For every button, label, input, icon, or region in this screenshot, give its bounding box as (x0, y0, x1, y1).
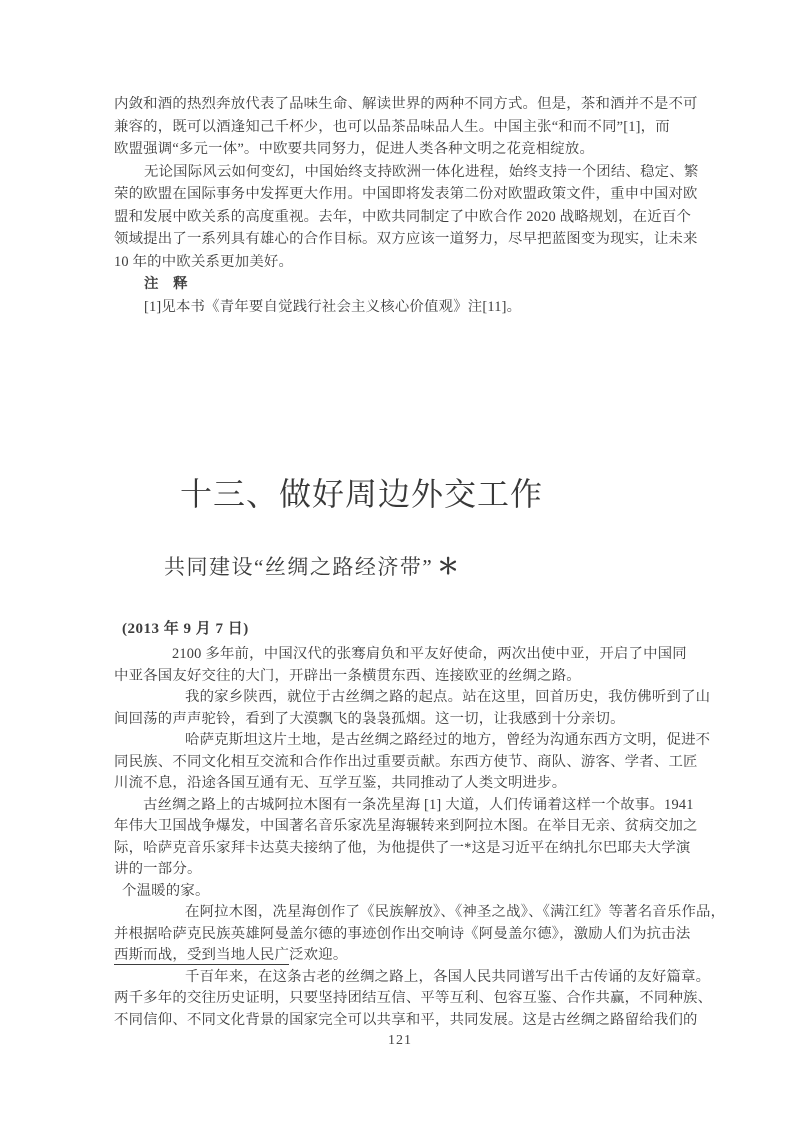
text-line: 欧盟强调“多元一体”。中欧要共同努力，促进人类各种文明之花竞相绽放。 (114, 138, 696, 161)
text-line: 际，哈萨克音乐家拜卡达莫夫接纳了他，为他提供了一*这是习近平在纳扎尔巴耶夫大学演 (114, 838, 696, 860)
text-run: 在阿拉木图，冼星海创作了《民族解放》、《神圣之战》、《满江红》等著名音乐作品， (185, 904, 725, 920)
text-run: 并根据哈萨克民族英雄阿曼盖尔德的事迹创作出交响诗《阿曼盖尔德》，激励人们为抗击法 (114, 926, 690, 942)
section-title: 共同建设“丝绸之路经济带”＊ (164, 551, 459, 583)
text-run: 无论国际风云如何变幻，中国始终支持欧洲一体化进程，始终支持一个团结、稳定、繁 (144, 164, 698, 180)
text-run: 间回荡的声声驼铃，看到了大漠飘飞的袅袅孤烟。这一切，让我感到十分亲切。 (114, 711, 625, 727)
text-run: 注 释 (144, 276, 188, 292)
text-run: 古丝绸之路上的古城阿拉木图有一条冼星海 [1] 大道，人们传诵着这样一个故事。1… (143, 797, 694, 813)
text-line: 川流不息，沿途各国互通有无、互学互鉴，共同推动了人类文明进步。 (114, 773, 696, 795)
text-run: 荣的欧盟在国际事务中发挥更大作用。中国即将发表第二份对欧盟政策文件，重申中国对欧 (114, 186, 698, 202)
text-line: 哈萨克斯坦这片土地，是古丝绸之路经过的地方，曾经为沟通东西方文明，促进不 (114, 730, 696, 752)
footnote-asterisk: ＊ (433, 554, 459, 579)
text-line: 无论国际风云如何变幻，中国始终支持欧洲一体化进程，始终支持一个团结、稳定、繁 (114, 161, 696, 184)
text-line: 讲的一部分。 (114, 859, 696, 881)
text-run: 讲的一部分。 (114, 861, 202, 877)
text-run: 领域提出了一系列具有雄心的合作目标。双方应该一道努力，尽早把蓝图变为现实，让未来 (114, 231, 698, 247)
text-run: 兼容的，既可以酒逢知己千杯少，也可以品茶品味品人生。中国主张“和而不同”[1]，… (114, 119, 670, 135)
speech-date: (2013 年 9 月 7 日) (122, 617, 249, 638)
text-run: 不同信仰、不同文化背景的国家完全可以共享和平，共同发展。这是古丝绸之路留给我们的 (114, 1012, 698, 1028)
text-line: 年伟大卫国战争爆发，中国著名音乐家冼星海辗转来到阿拉木图。在举目无亲、贫病交加之 (114, 816, 696, 838)
text-run: 年伟大卫国战争爆发，中国著名音乐家冼星海辗转来到阿拉木图。在举目无亲、贫病交加之 (114, 818, 698, 834)
text-line: 兼容的，既可以酒逢知己千杯少，也可以品茶品味品人生。中国主张“和而不同”[1]，… (114, 116, 696, 139)
text-run: 我的家乡陕西，就位于古丝绸之路的起点。站在这里，回首历史，我仿佛听到了山 (185, 689, 710, 705)
text-run: 欧盟强调“多元一体”。中欧要共同努力，促进人类各种文明之花竞相绽放。 (114, 141, 594, 157)
text-line: 10 年的中欧关系更加美好。 (114, 251, 696, 274)
text-line: 古丝绸之路上的古城阿拉木图有一条冼星海 [1] 大道，人们传诵着这样一个故事。1… (114, 795, 696, 817)
section-title-text: 共同建设“丝绸之路经济带” (164, 555, 433, 579)
text-line: 盟和发展中欧关系的高度重视。去年，中欧共同制定了中欧合作 2020 战略规划，在… (114, 206, 696, 229)
page-number: 121 (0, 1033, 800, 1049)
text-line: 注 释 (114, 273, 696, 296)
text-run: 千百年来，在这条古老的丝绸之路上，各国人民共同谱写出千古传诵的友好篇章。 (185, 969, 710, 985)
text-run: 泛欢迎。 (289, 947, 347, 963)
text-run: 2100 多年前，中国汉代的张骞肩负和平友好使命，两次出使中亚，开启了中国同 (172, 646, 687, 662)
text-line: 荣的欧盟在国际事务中发挥更大作用。中国即将发表第二份对欧盟政策文件，重申中国对欧 (114, 183, 696, 206)
text-run: 盟和发展中欧关系的高度重视。去年，中欧共同制定了中欧合作 2020 战略规划，在… (114, 209, 691, 225)
text-line: 并根据哈萨克民族英雄阿曼盖尔德的事迹创作出交响诗《阿曼盖尔德》，激励人们为抗击法 (114, 924, 696, 946)
text-run: 川流不息，沿途各国互通有无、互学互鉴，共同推动了人类文明进步。 (114, 775, 566, 791)
text-line: 不同信仰、不同文化背景的国家完全可以共享和平，共同发展。这是古丝绸之路留给我们的 (114, 1010, 696, 1032)
text-line: 中亚各国友好交往的大门，开辟出一条横贯东西、连接欧亚的丝绸之路。 (114, 666, 696, 688)
text-run: [1]见本书《青年要自觉践行社会主义核心价值观》注[11]。 (144, 299, 521, 315)
text-line: 间回荡的声声驼铃，看到了大漠飘飞的袅袅孤烟。这一切，让我感到十分亲切。 (114, 709, 696, 731)
text-run: 同民族、不同文化相互交流和合作作出过重要贡献。东西方使节、商队、游客、学者、工匠 (114, 754, 698, 770)
text-run: 际，哈萨克音乐家拜卡达莫夫接纳了他，为他提供了一*这是习近平在纳扎尔巴耶夫大学演 (114, 840, 690, 856)
underlined-text: 西斯而战，受到当地人民广 (114, 947, 289, 965)
text-line: 领域提出了一系列具有雄心的合作目标。双方应该一道努力，尽早把蓝图变为现实，让未来 (114, 228, 696, 251)
text-line: 个温暖的家。 (114, 881, 696, 903)
text-run: 两千多年的交往历史证明，只要坚持团结互信、平等互利、包容互鉴、合作共赢，不同种族… (114, 990, 712, 1006)
text-run: 哈萨克斯坦这片土地，是古丝绸之路经过的地方，曾经为沟通东西方文明，促进不 (185, 732, 710, 748)
text-run: 中亚各国友好交往的大门，开辟出一条横贯东西、连接欧亚的丝绸之路。 (114, 668, 581, 684)
text-run: 内敛和酒的热烈奔放代表了品味生命、解读世界的两种不同方式。但是，茶和酒并不是不可 (114, 96, 698, 112)
document-page: 内敛和酒的热烈奔放代表了品味生命、解读世界的两种不同方式。但是，茶和酒并不是不可… (0, 0, 800, 1131)
text-line: 西斯而战，受到当地人民广泛欢迎。 (114, 945, 696, 967)
text-line: [1]见本书《青年要自觉践行社会主义核心价值观》注[11]。 (114, 296, 696, 319)
top-paragraph-block: 内敛和酒的热烈奔放代表了品味生命、解读世界的两种不同方式。但是，茶和酒并不是不可… (114, 93, 696, 318)
speech-body-block: 2100 多年前，中国汉代的张骞肩负和平友好使命，两次出使中亚，开启了中国同中亚… (114, 644, 696, 1031)
text-line: 在阿拉木图，冼星海创作了《民族解放》、《神圣之战》、《满江红》等著名音乐作品， (114, 902, 696, 924)
text-line: 同民族、不同文化相互交流和合作作出过重要贡献。东西方使节、商队、游客、学者、工匠 (114, 752, 696, 774)
text-line: 千百年来，在这条古老的丝绸之路上，各国人民共同谱写出千古传诵的友好篇章。 (114, 967, 696, 989)
chapter-title: 十三、做好周边外交工作 (180, 472, 543, 516)
text-line: 内敛和酒的热烈奔放代表了品味生命、解读世界的两种不同方式。但是，茶和酒并不是不可 (114, 93, 696, 116)
text-run: 10 年的中欧关系更加美好。 (114, 254, 293, 270)
text-line: 两千多年的交往历史证明，只要坚持团结互信、平等互利、包容互鉴、合作共赢，不同种族… (114, 988, 696, 1010)
text-line: 2100 多年前，中国汉代的张骞肩负和平友好使命，两次出使中亚，开启了中国同 (114, 644, 696, 666)
text-run: 个温暖的家。 (122, 883, 210, 899)
text-line: 我的家乡陕西，就位于古丝绸之路的起点。站在这里，回首历史，我仿佛听到了山 (114, 687, 696, 709)
